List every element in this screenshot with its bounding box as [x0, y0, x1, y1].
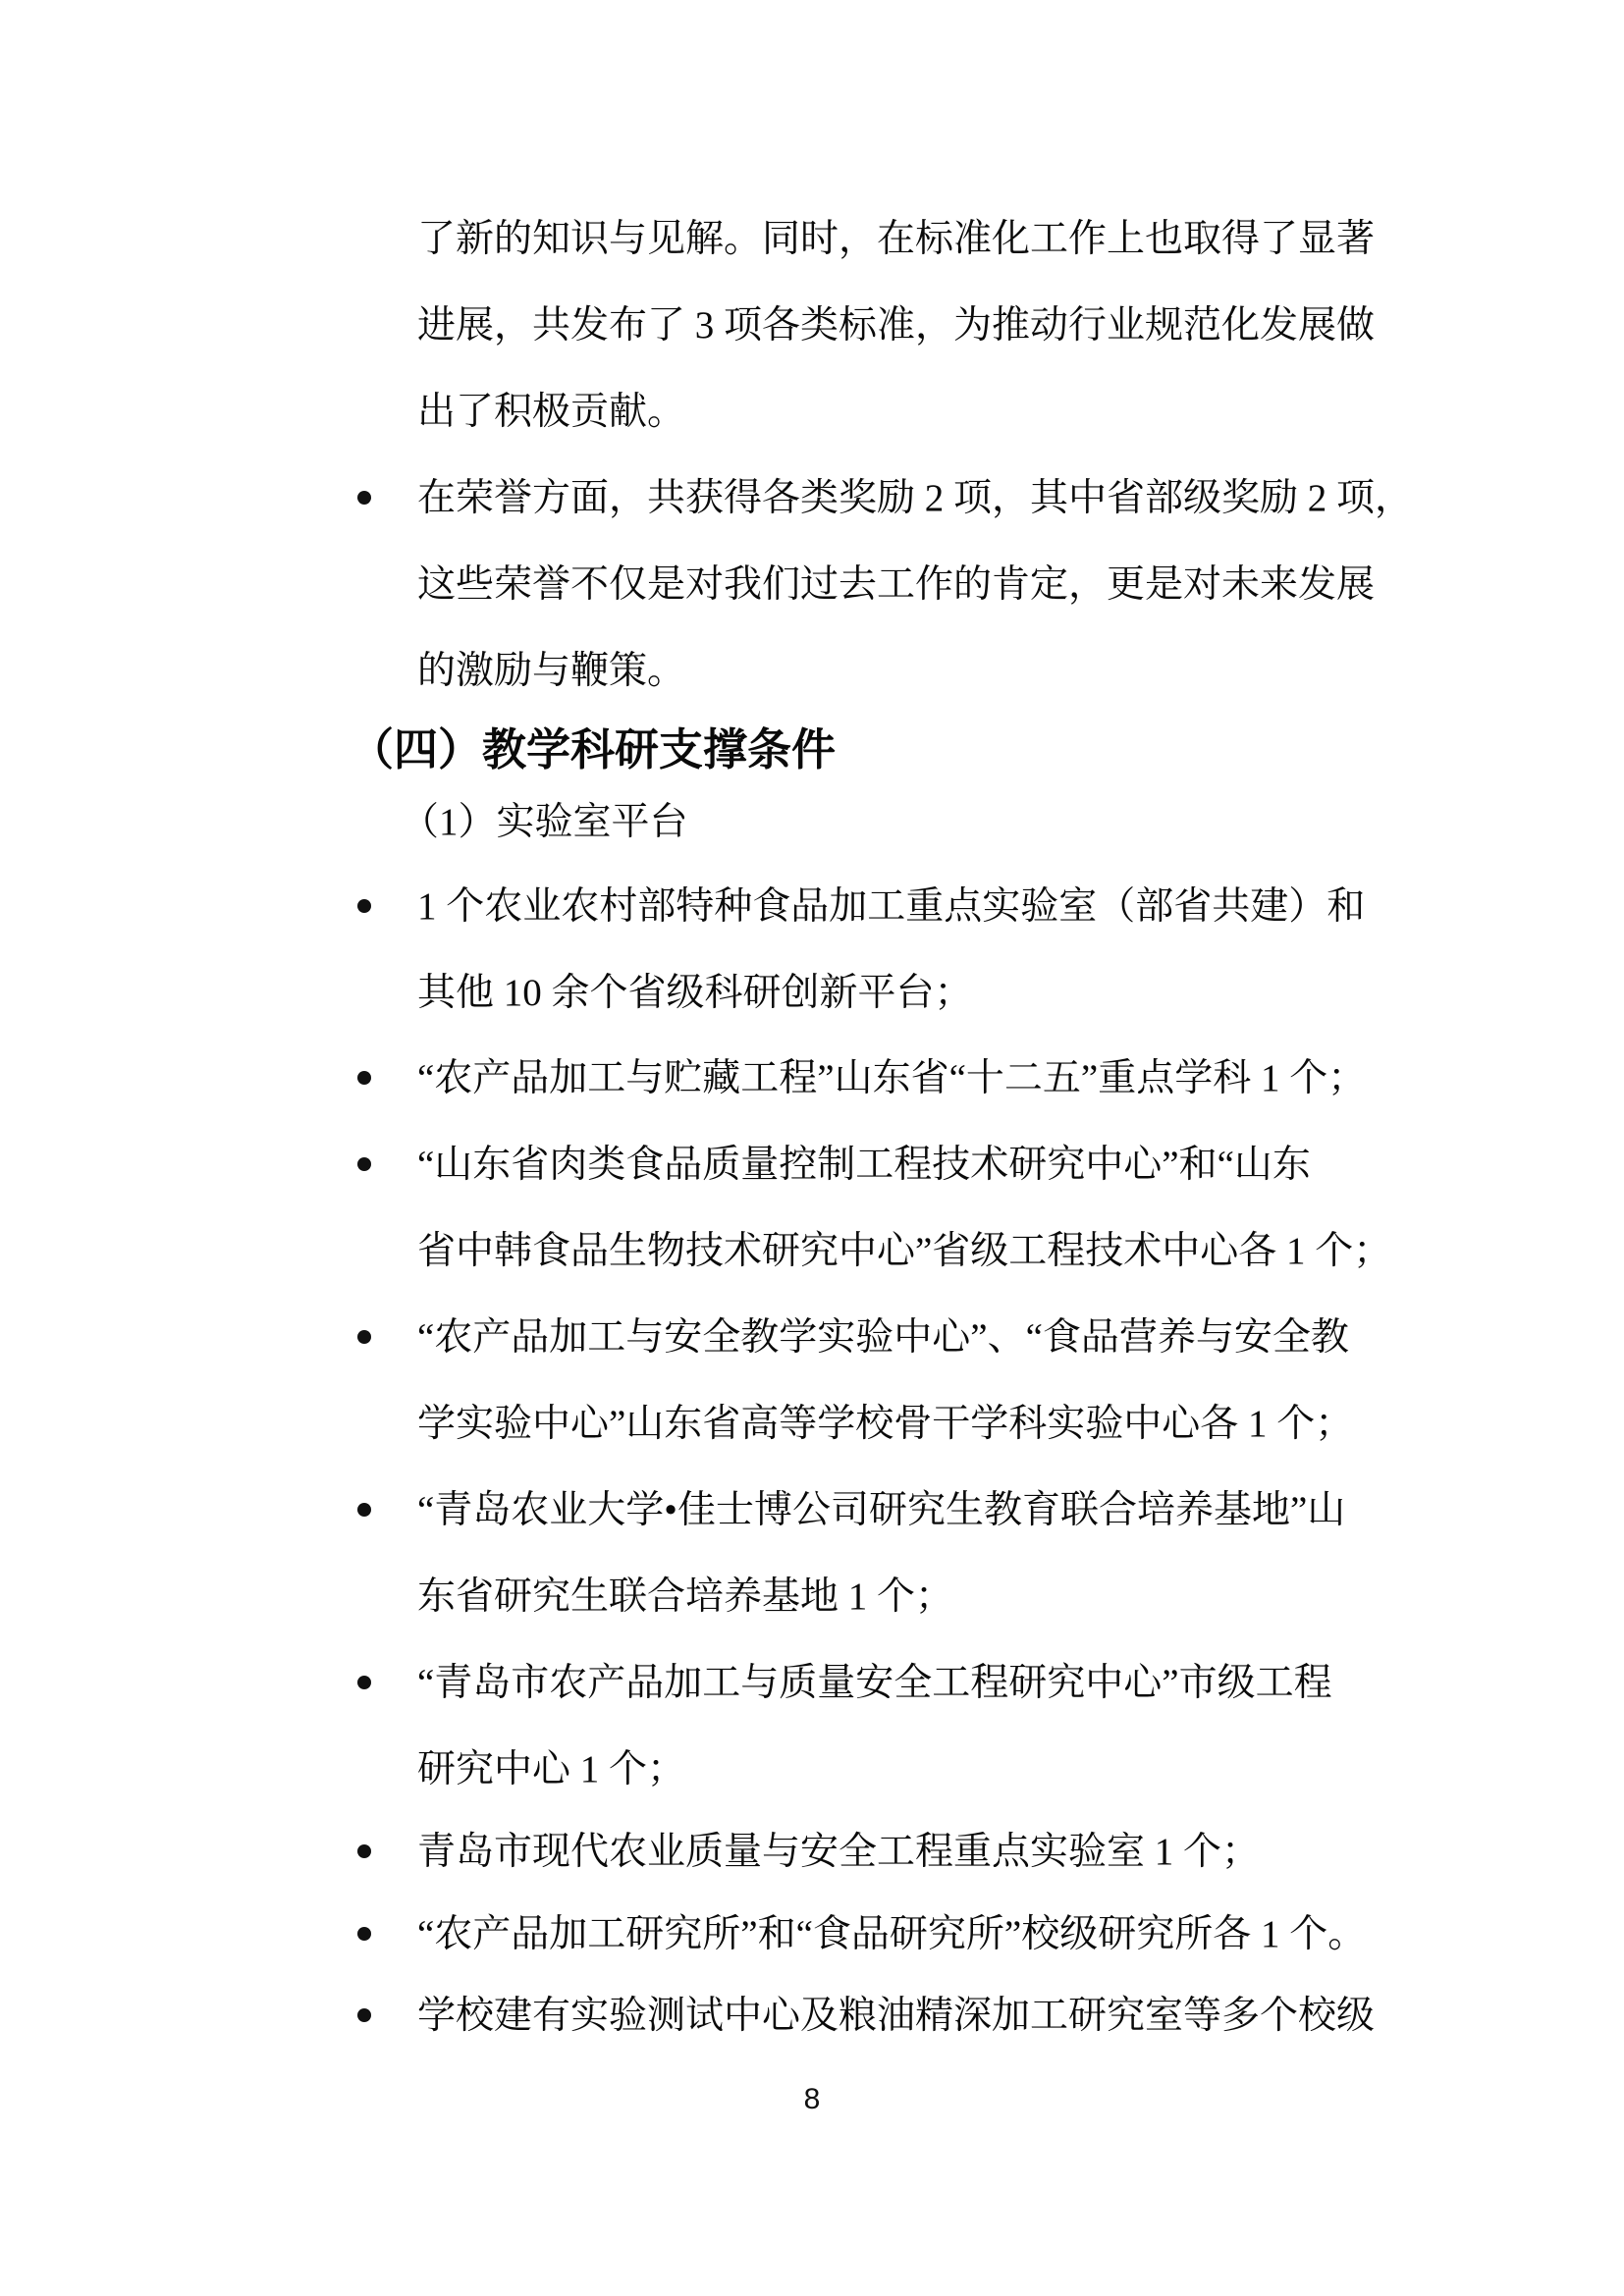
paragraph-line: 进展，共发布了 3 项各类标准，为推动行业规范化发展做	[417, 303, 1375, 348]
paragraph-line: 出了积极贡献。	[417, 390, 685, 435]
page-number: 8	[804, 2083, 821, 2116]
bullet-icon	[357, 899, 371, 913]
bullet-line: “山东省肉类食品质量控制工程技术研究中心”和“山东	[417, 1143, 1311, 1188]
bullet-icon	[357, 1844, 371, 1858]
bullet-line: 青岛市现代农业质量与安全工程重点实验室 1 个；	[417, 1830, 1260, 1875]
bullet-icon	[357, 1927, 371, 1941]
bullet-icon	[357, 1330, 371, 1344]
bullet-line: “农产品加工研究所”和“食品研究所”校级研究所各 1 个。	[417, 1912, 1366, 1957]
bullet-line: 在荣誉方面，共获得各类奖励 2 项，其中省部级奖励 2 项，	[417, 476, 1413, 521]
section-heading: （四）教学科研支撑条件	[350, 724, 836, 775]
bullet-icon	[357, 2008, 371, 2022]
bullet-line: 1 个农业农村部特种食品加工重点实验室（部省共建）和	[417, 884, 1365, 930]
bullet-line: 的激励与鞭策。	[417, 649, 685, 694]
document-page: 了新的知识与见解。同时，在标准化工作上也取得了显著 进展，共发布了 3 项各类标…	[0, 0, 1624, 2296]
bullet-line: “农产品加工与贮藏工程”山东省“十二五”重点学科 1 个；	[417, 1056, 1366, 1101]
bullet-line: 学实验中心”山东省高等学校骨干学科实验中心各 1 个；	[417, 1402, 1353, 1447]
bullet-line: 省中韩食品生物技术研究中心”省级工程技术中心各 1 个；	[417, 1229, 1391, 1274]
bullet-line: “农产品加工与安全教学实验中心”、“食品营养与安全教	[417, 1315, 1349, 1361]
bullet-line: 学校建有实验测试中心及粮油精深加工研究室等多个校级	[417, 1994, 1375, 2039]
bullet-icon	[357, 1676, 371, 1689]
bullet-icon	[357, 1157, 371, 1171]
bullet-icon	[357, 1071, 371, 1085]
subsection-heading: （1）实验室平台	[401, 800, 688, 845]
bullet-line: 东省研究生联合培养基地 1 个；	[417, 1575, 953, 1620]
bullet-line: “青岛市农产品加工与质量安全工程研究中心”市级工程	[417, 1661, 1332, 1706]
bullet-line: 研究中心 1 个；	[417, 1747, 685, 1792]
paragraph-line: 了新的知识与见解。同时，在标准化工作上也取得了显著	[417, 217, 1375, 262]
bullet-icon	[357, 491, 371, 505]
bullet-line: “青岛农业大学•佳士博公司研究生教育联合培养基地”山	[417, 1488, 1345, 1533]
bullet-icon	[357, 1503, 371, 1517]
bullet-line: 其他 10 余个省级科研创新平台；	[417, 971, 973, 1016]
bullet-line: 这些荣誉不仅是对我们过去工作的肯定，更是对未来发展	[417, 562, 1375, 608]
